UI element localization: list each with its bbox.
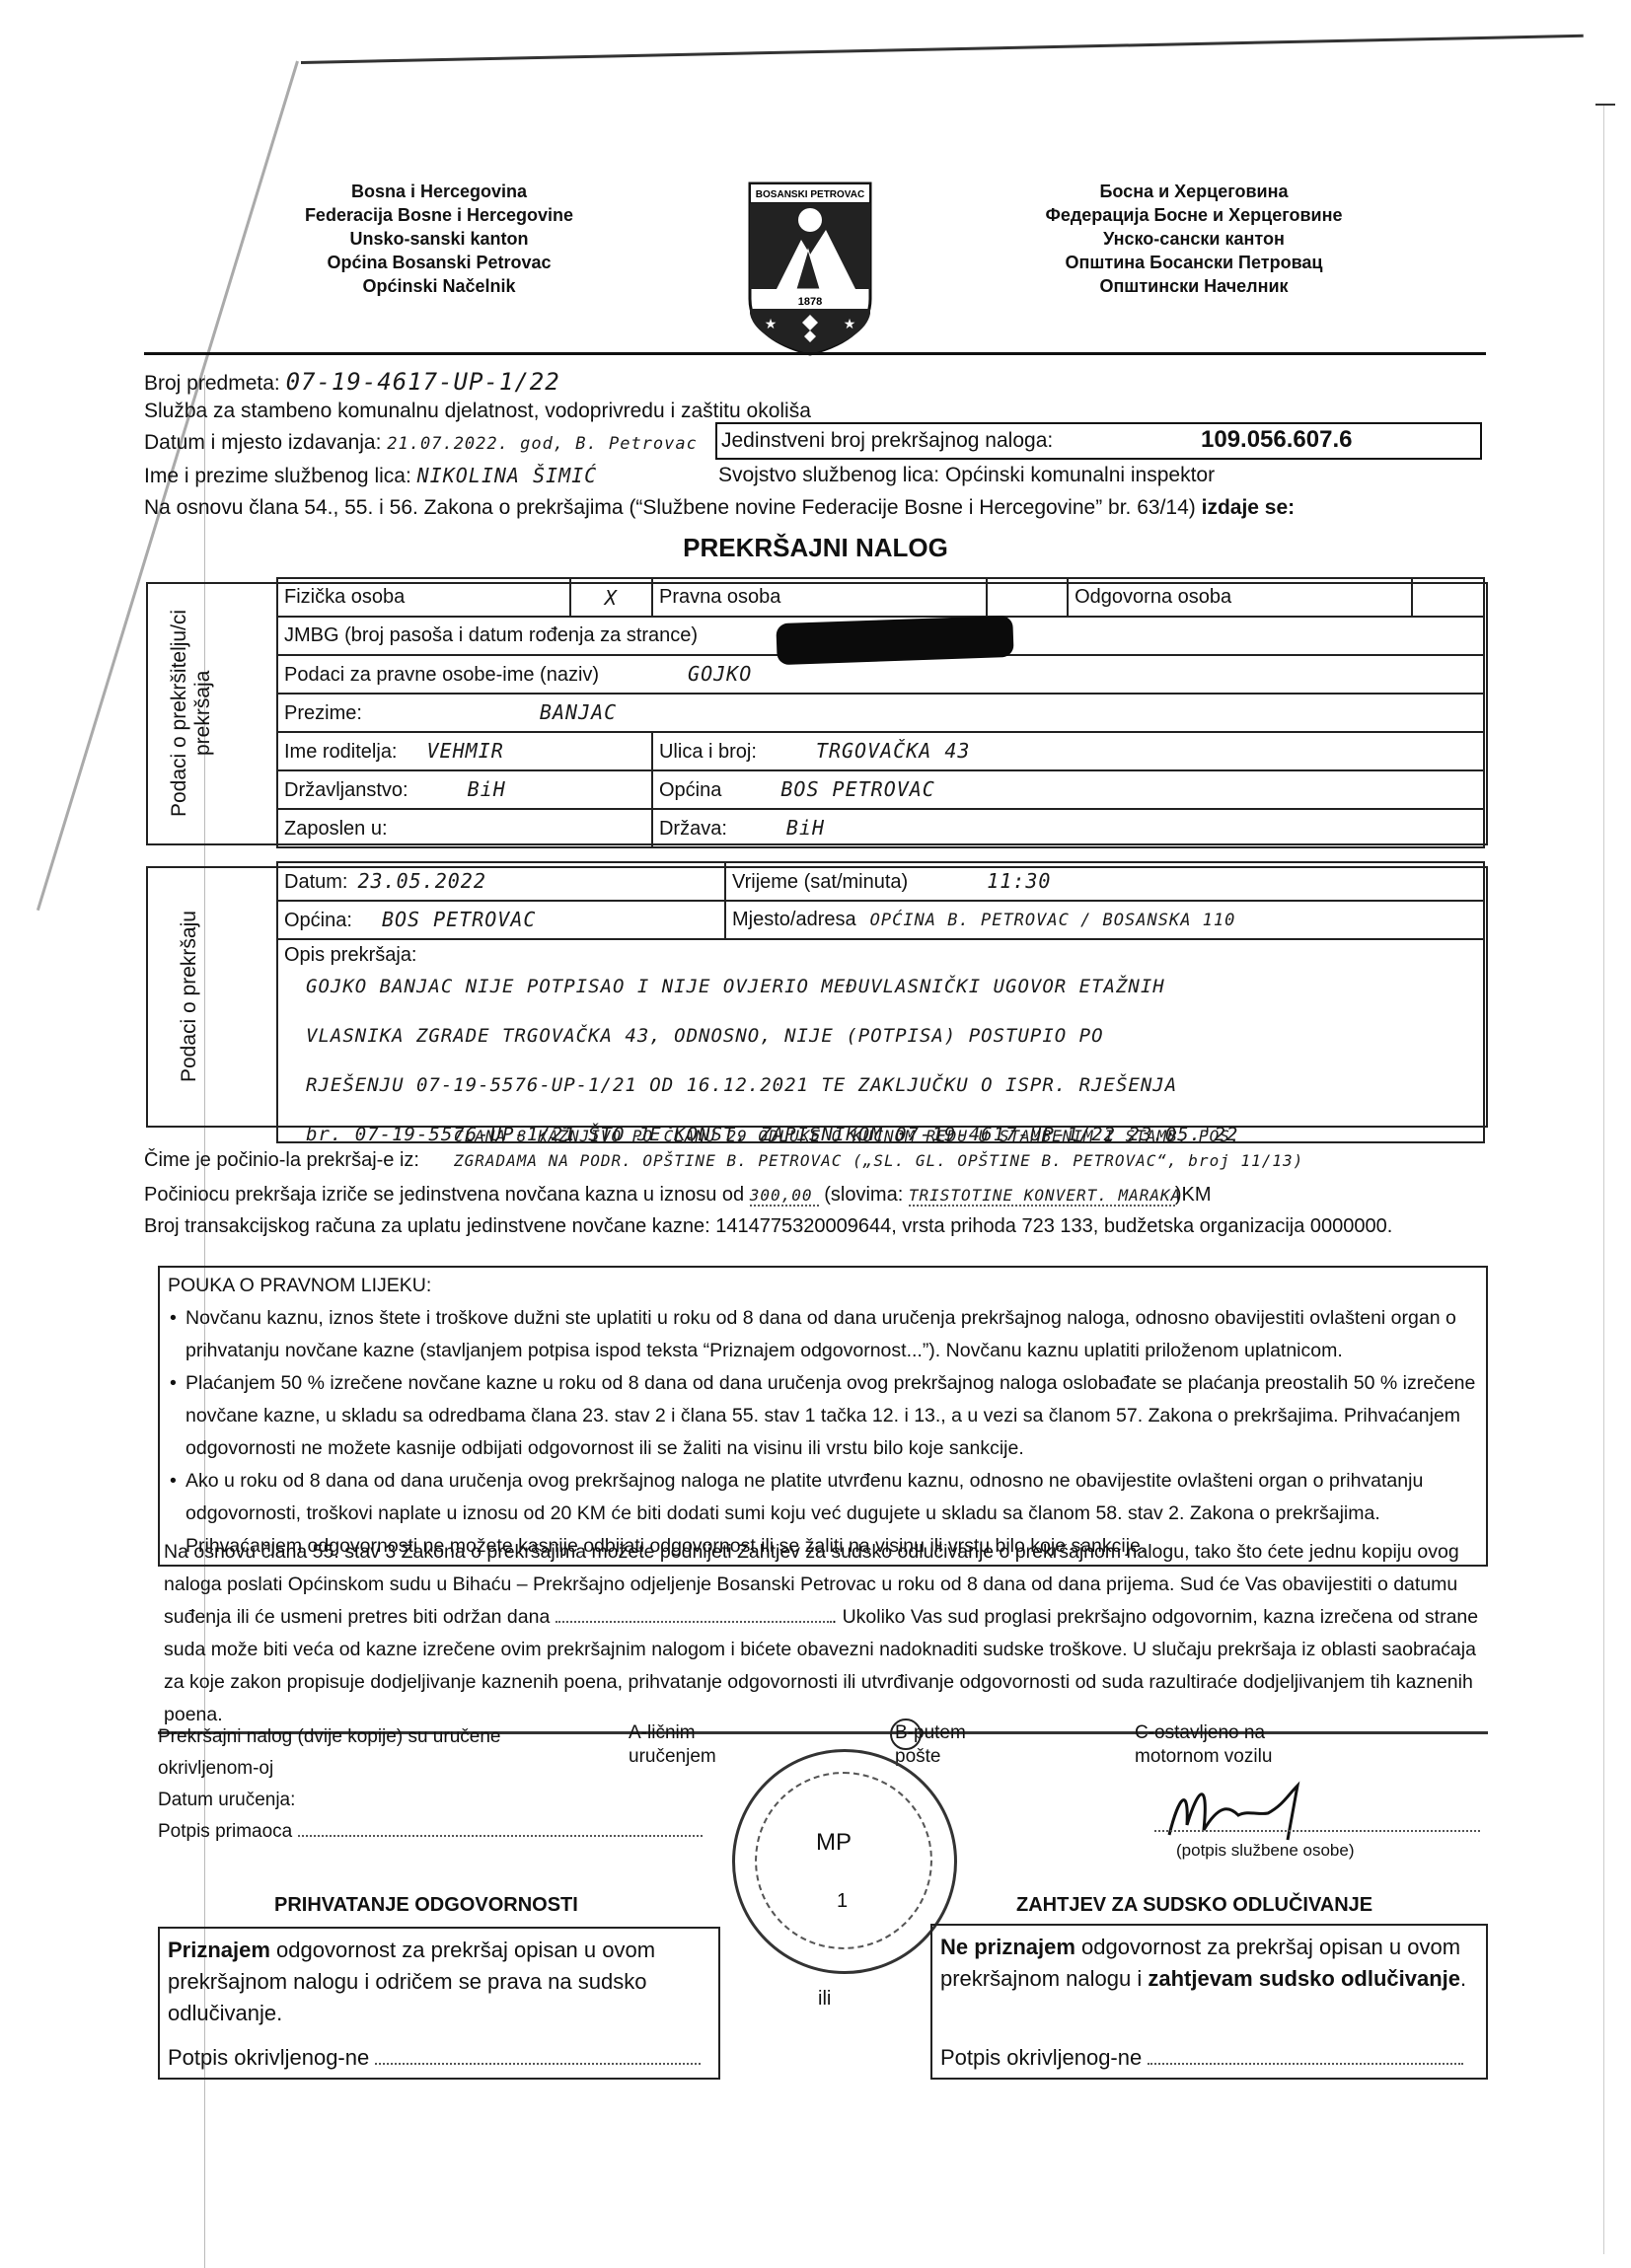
scan-tick	[1595, 104, 1615, 106]
parent-name-value[interactable]: VEHMIR	[427, 739, 504, 763]
fine-words-label: (slovima:	[824, 1184, 903, 1206]
court-notice: Na osnovu člana 55. stav 3 Zakona o prek…	[158, 1536, 1488, 1734]
offense-date-value[interactable]: 23.05.2022	[357, 869, 485, 893]
service-name: Služba za stambeno komunalnu djelatnost,…	[144, 400, 811, 423]
legal-person-label: Pravna osoba	[652, 578, 987, 617]
header-line: Федерација Босне и Херцеговине	[987, 203, 1401, 227]
legal-name-value[interactable]: GOJKO	[688, 662, 752, 686]
hearing-date-field[interactable]	[556, 1621, 832, 1623]
surname-value[interactable]: BANJAC	[540, 700, 617, 724]
offense-time-label: Vrijeme (sat/minuta)	[732, 871, 908, 893]
offense-address-label: Mjesto/adresa	[732, 909, 856, 930]
street-value[interactable]: TRGOVAČKA 43	[816, 739, 971, 763]
offense-address-value[interactable]: OPĆINA B. PETROVAC / BOSANSKA 110	[870, 911, 1236, 930]
employer-cell: Zaposlen u:	[277, 809, 652, 847]
accept-box[interactable]: Priznajem odgovornost za prekršaj opisan…	[158, 1927, 720, 2080]
natural-person-checkbox[interactable]: X	[570, 578, 652, 617]
court-bold-2: zahtjevam sudsko odlučivanje	[1148, 1966, 1460, 1991]
stamp-mp: MP	[816, 1829, 852, 1857]
legal-person-checkbox[interactable]	[987, 578, 1069, 617]
case-number-value: 07-19-4617-UP-1/22	[286, 368, 560, 396]
offense-municipality-value[interactable]: BOS PETROVAC	[382, 908, 537, 931]
header-rule	[144, 352, 1486, 355]
delivery-text-2: okrivljenom-oj	[158, 1753, 703, 1785]
parent-name-cell: Ime roditelja:VEHMIR	[277, 732, 652, 770]
unique-order-number-box: Jedinstveni broj prekršajnog naloga: 109…	[715, 422, 1482, 460]
option-c-line: C-ostavljeno na	[1135, 1721, 1272, 1745]
court-request-box[interactable]: Ne priznajem odgovornost za prekršaj opi…	[930, 1924, 1488, 2080]
header-line: Federacija Bosne i Hercegovine	[232, 203, 646, 227]
surname-row: Prezime:BANJAC	[277, 694, 1484, 732]
scan-edge-right	[1603, 104, 1604, 2254]
official-signature-label: (potpis službene osobe)	[1176, 1841, 1355, 1861]
citizenship-cell: Državljanstvo:BiH	[277, 770, 652, 809]
official-name-value: NIKOLINA ŠIMIĆ	[417, 464, 598, 487]
official-signature-line	[1154, 1830, 1480, 1832]
jmbg-label: JMBG (broj pasoša i datum rođenja za str…	[284, 624, 698, 646]
header-cyrillic: Босна и Херцеговина Федерација Босне и Х…	[987, 180, 1401, 298]
fine-label: Počiniocu prekršaja izriče se jedinstven…	[144, 1184, 744, 1206]
header-line: Босна и Херцеговина	[987, 180, 1401, 203]
fine-amount[interactable]: 300,00	[750, 1186, 819, 1207]
description-line: GOJKO BANJAC NIJE POTPISAO I NIJE OVJERI…	[306, 965, 1480, 1014]
court-text-2: .	[1460, 1966, 1466, 1991]
or-label: ili	[818, 1988, 831, 2011]
header-latin: Bosna i Hercegovina Federacija Bosne i H…	[232, 180, 646, 298]
legal-remedy-box: POUKA O PRAVNOM LIJEKU: Novčanu kaznu, i…	[158, 1266, 1488, 1567]
recipient-signature-field[interactable]	[298, 1835, 703, 1837]
recipient-signature-label: Potpis primaoca	[158, 1821, 292, 1842]
jmbg-redaction	[776, 616, 1013, 665]
offense-municipality-cell: Općina:BOS PETROVAC	[277, 901, 725, 939]
delivery-option-c[interactable]: C-ostavljeno na motornom vozilu	[1135, 1721, 1272, 1769]
stamp-number: 1	[837, 1890, 848, 1913]
accept-sign-field[interactable]	[375, 2063, 701, 2065]
municipality-value[interactable]: BOS PETROVAC	[780, 777, 935, 801]
bank-account-info: Broj transakcijskog računa za uplatu jed…	[144, 1215, 1392, 1238]
header-line: Унско-сански кантон	[987, 227, 1401, 251]
parent-name-label: Ime roditelja:	[284, 741, 398, 763]
case-number: Broj predmeta: 07-19-4617-UP-1/22	[144, 368, 560, 396]
municipality-cell: OpćinaBOS PETROVAC	[652, 770, 1484, 809]
responsible-person-checkbox[interactable]	[1412, 578, 1484, 617]
legal-remedy-list: Novčanu kaznu, iznos štete i troškove du…	[168, 1302, 1478, 1563]
court-bold-1: Ne priznajem	[940, 1935, 1075, 1959]
description-line: RJEŠENJU 07-19-5576-UP-1/21 OD 16.12.202…	[306, 1063, 1480, 1113]
fine-words-value[interactable]: TRISTOTINE KONVERT. MARAKA	[909, 1186, 1175, 1207]
legal-basis: Na osnovu člana 54., 55. i 56. Zakona o …	[144, 496, 1295, 520]
fine-line: Počiniocu prekršaja izriče se jedinstven…	[144, 1184, 1212, 1207]
description-line: VLASNIKA ZGRADE TRGOVAČKA 43, ODNOSNO, N…	[306, 1014, 1480, 1063]
regulation-label: Čime je počinio-la prekršaj-e iz:	[144, 1149, 419, 1172]
header-line: Unsko-sanski kanton	[232, 227, 646, 251]
offender-side-label: Podaci o prekršitelju/ci prekršaja	[168, 592, 227, 834]
issue-date-label: Datum i mjesto izdavanja:	[144, 431, 381, 454]
case-number-label: Broj predmeta:	[144, 372, 280, 395]
delivery-option-a[interactable]: A-ličnim uručenjem	[629, 1721, 716, 1769]
offense-time-cell: Vrijeme (sat/minuta)11:30	[725, 862, 1484, 901]
header-line: Općina Bosanski Petrovac	[232, 251, 646, 274]
issue-date-value: 21.07.2022. god, B. Petrovac	[387, 434, 698, 454]
court-sign-label: Potpis okrivljenog-ne	[940, 2045, 1142, 2070]
citizenship-value[interactable]: BiH	[468, 777, 506, 801]
offense-date-label: Datum:	[284, 871, 347, 893]
selected-circle-icon	[890, 1719, 922, 1750]
responsible-person-label: Odgovorna osoba	[1068, 578, 1412, 617]
svg-text:★: ★	[765, 316, 778, 331]
offense-municipality-label: Općina:	[284, 910, 352, 931]
header-line: Општински Начелник	[987, 274, 1401, 298]
unique-order-number-value: 109.056.607.6	[1201, 426, 1352, 454]
option-c-line: motornom vozilu	[1135, 1745, 1272, 1769]
legal-remedy-title: POUKA O PRAVNOM LIJEKU:	[168, 1270, 1478, 1302]
accept-heading: PRIHVATANJE ODGOVORNOSTI	[274, 1894, 578, 1917]
accept-sign-label: Potpis okrivljenog-ne	[168, 2045, 369, 2070]
official-name: Ime i prezime službenog lica: NIKOLINA Š…	[144, 464, 597, 488]
offense-description-label: Opis prekršaja:	[284, 944, 417, 966]
municipality-label: Općina	[659, 779, 721, 801]
offense-date-cell: Datum:23.05.2022	[277, 862, 725, 901]
court-heading: ZAHTJEV ZA SUDSKO ODLUČIVANJE	[1016, 1894, 1372, 1917]
option-a-line: uručenjem	[629, 1745, 716, 1769]
svg-text:★: ★	[844, 316, 856, 331]
stamp-ring	[755, 1772, 932, 1949]
official-name-label: Ime i prezime službenog lica:	[144, 465, 411, 487]
official-stamp-icon: MP 1	[732, 1749, 957, 1974]
delivery-info: Prekršajni nalog (dvije kopije) su uruče…	[158, 1721, 703, 1848]
accept-bold: Priznajem	[168, 1938, 270, 1962]
official-role: Svojstvo službenog lica: Općinski komuna…	[718, 464, 1215, 487]
issue-date: Datum i mjesto izdavanja: 21.07.2022. go…	[144, 431, 698, 455]
scan-fold-top	[301, 35, 1584, 64]
delivery-option-b[interactable]: B-putem pošte	[895, 1721, 966, 1769]
legal-remedy-item: Plaćanjem 50 % izrečene novčane kazne u …	[185, 1367, 1478, 1465]
page-title: PREKRŠAJNI NALOG	[0, 533, 1631, 563]
regulation-line-2: ZGRADAMA NA PODR. OPŠTINE B. PETROVAC („…	[454, 1151, 1303, 1170]
surname-label: Prezime:	[284, 702, 362, 724]
delivery-date-label: Datum uručenja:	[158, 1785, 703, 1816]
country-value[interactable]: BiH	[786, 816, 825, 840]
legal-basis-bold: izdaje se:	[1202, 496, 1296, 519]
offense-time-value[interactable]: 11:30	[987, 869, 1051, 893]
official-signature-icon	[1149, 1776, 1327, 1845]
fine-currency: )KM	[1175, 1184, 1212, 1206]
municipality-crest-icon: BOSANSKI PETROVAC 1878 ★ ★	[747, 181, 873, 356]
street-cell: Ulica i broj:TRGOVAČKA 43	[652, 732, 1484, 770]
header-line: Bosna i Hercegovina	[232, 180, 646, 203]
street-label: Ulica i broj:	[659, 741, 757, 763]
employer-label: Zaposlen u:	[284, 818, 388, 840]
court-sign-field[interactable]	[1148, 2063, 1463, 2065]
legal-name-label: Podaci za pravne osobe-ime (naziv)	[284, 664, 599, 686]
legal-basis-text: Na osnovu člana 54., 55. i 56. Zakona o …	[144, 496, 1202, 519]
natural-person-label: Fizička osoba	[277, 578, 570, 617]
option-a-line: A-ličnim	[629, 1721, 716, 1745]
offender-table: Fizička osoba X Pravna osoba Odgovorna o…	[276, 577, 1485, 848]
country-cell: Država:BiH	[652, 809, 1484, 847]
country-label: Država:	[659, 818, 727, 840]
offense-side-label: Podaci o prekršaju	[178, 878, 227, 1115]
unique-order-number-label: Jedinstveni broj prekršajnog naloga:	[721, 429, 1053, 453]
svg-text:1878: 1878	[798, 296, 822, 308]
header-line: Општина Босански Петровац	[987, 251, 1401, 274]
citizenship-label: Državljanstvo:	[284, 779, 408, 801]
offense-address-cell: Mjesto/adresaOPĆINA B. PETROVAC / BOSANS…	[725, 901, 1484, 939]
regulation-line-1: ČLANA 8 KAŽNJIVO PO ČLANU 29 ODLUKE O KU…	[454, 1127, 1240, 1145]
svg-text:BOSANSKI PETROVAC: BOSANSKI PETROVAC	[756, 189, 864, 200]
legal-remedy-item: Novčanu kaznu, iznos štete i troškove du…	[185, 1302, 1478, 1367]
header-line: Općinski Načelnik	[232, 274, 646, 298]
delivery-text-1: Prekršajni nalog (dvije kopije) su uruče…	[158, 1721, 703, 1753]
